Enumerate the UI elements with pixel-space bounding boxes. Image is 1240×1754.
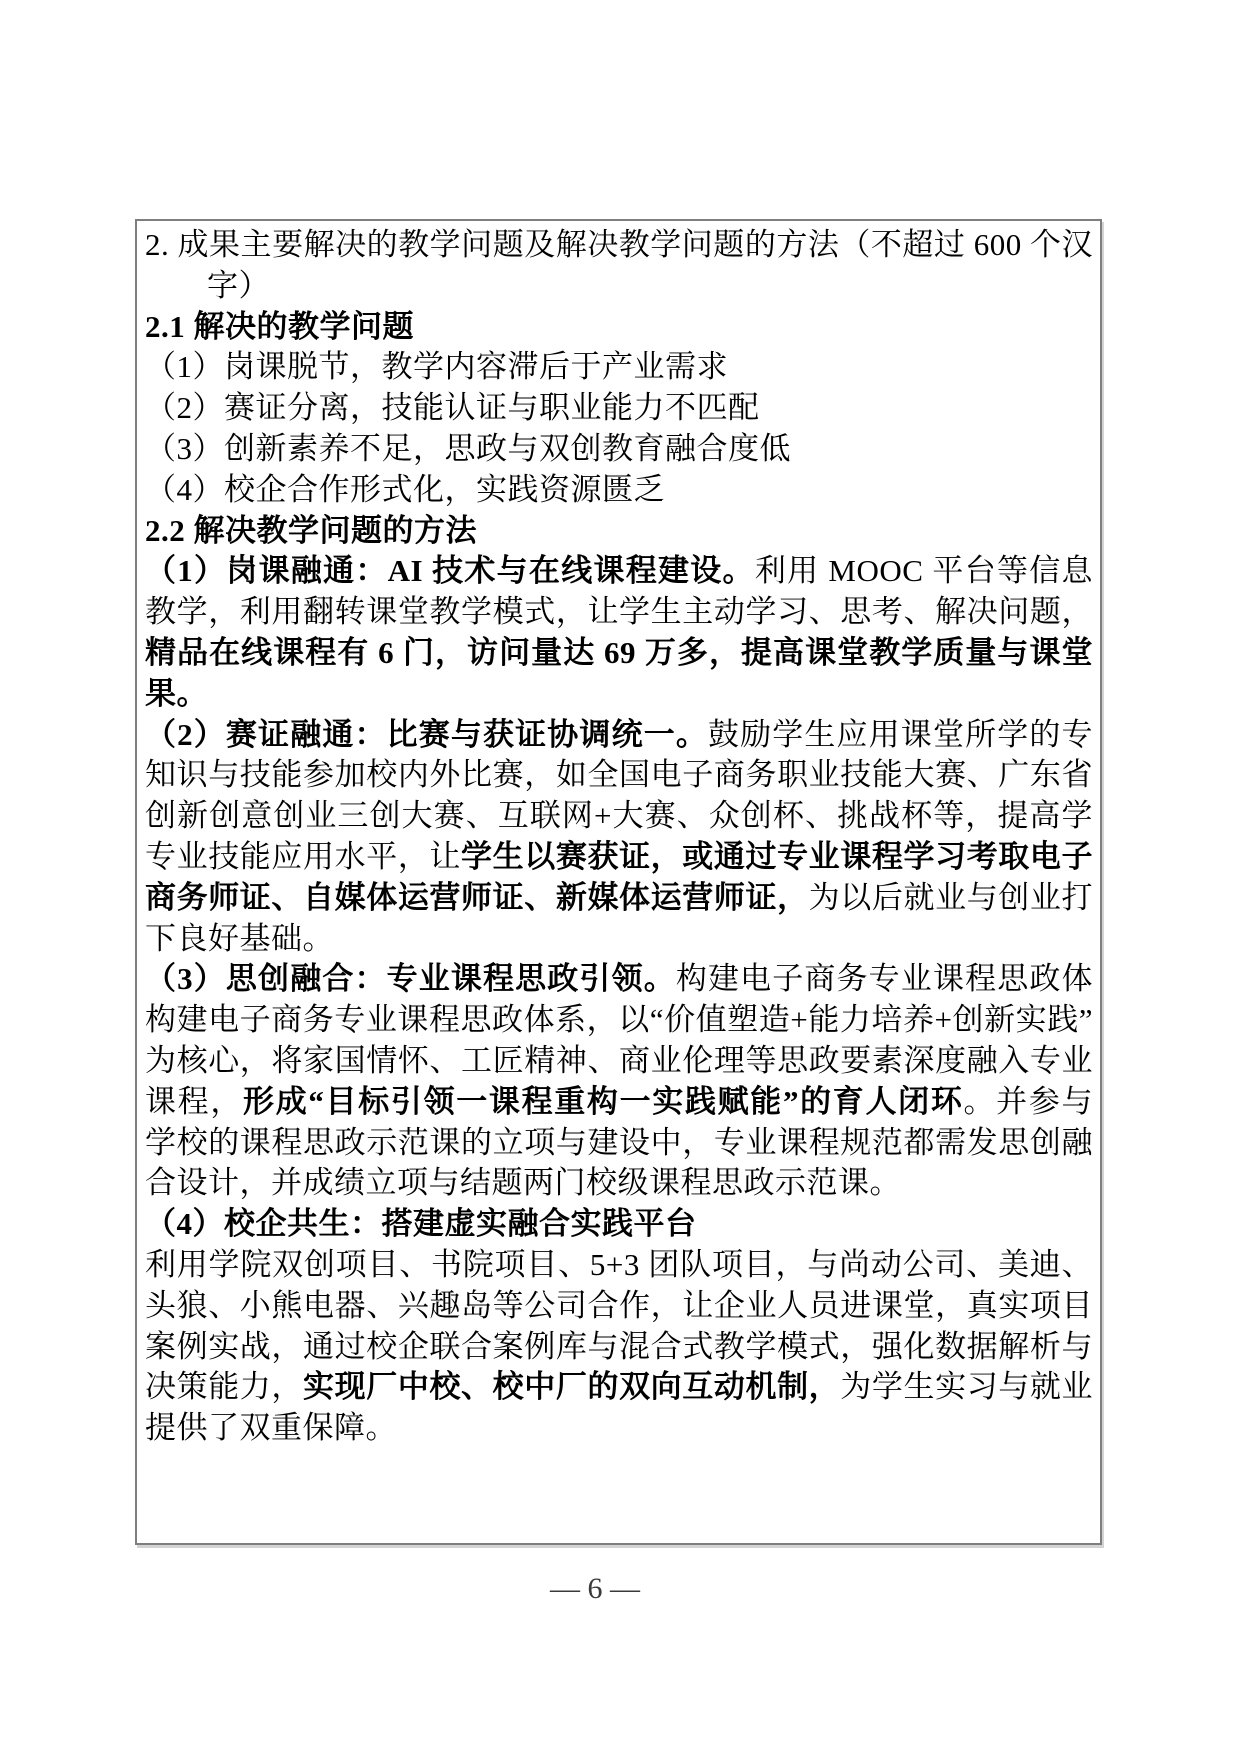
text-run: （1）岗课融通：AI 技术与在线课程建设。 xyxy=(145,553,755,588)
text-line: 为核心，将家国情怀、工匠精神、商业伦理等思政要素深度融入专业 xyxy=(145,1041,1093,1082)
text-line: 合设计，并成绩立项与结题两门校级课程思政示范课。 xyxy=(145,1163,1093,1204)
text-run: 为以后就业与创业打 xyxy=(809,880,1093,915)
text-run: （4）校企共生：搭建虚实融合实践平台 xyxy=(145,1206,697,1241)
text-run: 头狼、小熊电器、兴趣岛等公司合作，让企业人员进课堂，真实项目 xyxy=(145,1288,1093,1323)
page-footer: — 6 — xyxy=(0,1572,1190,1606)
text-run: 知识与技能参加校内外比赛，如全国电子商务职业技能大赛、广东省 xyxy=(145,757,1093,792)
text-line: （2）赛证融通：比赛与获证协调统一。鼓励学生应用课堂所学的专业 xyxy=(145,715,1093,756)
text-run: 学生以赛获证，或通过专业课程学习考取电子 xyxy=(461,839,1093,874)
text-line: 创新创意创业三创大赛、互联网+大赛、众创杯、挑战杯等，提高学生 xyxy=(145,796,1093,837)
text-run: 果。 xyxy=(145,676,208,711)
text-line: （2）赛证分离，技能认证与职业能力不匹配 xyxy=(145,388,1093,429)
text-run: 为核心，将家国情怀、工匠精神、商业伦理等思政要素深度融入专业 xyxy=(145,1043,1093,1078)
text-line: 果。 xyxy=(145,674,1093,715)
text-line: 知识与技能参加校内外比赛，如全国电子商务职业技能大赛、广东省 xyxy=(145,755,1093,796)
text-line: 构建电子商务专业课程思政体系，以“价值塑造+能力培养+创新实践” xyxy=(145,1000,1093,1041)
text-run: 构建电子商务专业课程思政体系，以“价值塑造+能力培养+创新实践” xyxy=(145,1002,1093,1037)
text-run: 2. 成果主要解决的教学问题及解决教学问题的方法（不超过 600 个汉 xyxy=(145,227,1093,262)
text-line: 专业技能应用水平，让学生以赛获证，或通过专业课程学习考取电子 xyxy=(145,837,1093,878)
section-heading: （4）校企共生：搭建虚实融合实践平台 xyxy=(145,1204,1093,1245)
section-heading: 2.2 解决教学问题的方法 xyxy=(145,511,1093,552)
text-run: 下良好基础。 xyxy=(145,921,334,956)
text-run: 合设计，并成绩立项与结题两门校级课程思政示范课。 xyxy=(145,1165,901,1200)
text-line: 课程，形成“目标引领一课程重构一实践赋能”的育人闭环。并参与 xyxy=(145,1082,1093,1123)
text-line: 提供了双重保障。 xyxy=(145,1408,1093,1449)
text-line: 商务师证、自媒体运营师证、新媒体运营师证，为以后就业与创业打 xyxy=(145,878,1093,919)
text-run: 实现厂中校、校中厂的双向互动机制， xyxy=(303,1369,840,1404)
text-run: 商务师证、自媒体运营师证、新媒体运营师证， xyxy=(145,880,809,915)
text-run: 2.2 解决教学问题的方法 xyxy=(145,513,477,548)
text-run: 决策能力， xyxy=(145,1369,303,1404)
text-run: 2.1 解决的教学问题 xyxy=(145,309,414,344)
text-run: 利用学院双创项目、书院项目、5+3 团队项目，与尚动公司、美迪、 xyxy=(145,1247,1093,1282)
text-line: （3）思创融合：专业课程思政引领。构建电子商务专业课程思政体系， xyxy=(145,959,1093,1000)
text-run: 字） xyxy=(207,268,270,303)
text-line: （1）岗课融通：AI 技术与在线课程建设。利用 MOOC 平台等信息化 xyxy=(145,551,1093,592)
text-line: 头狼、小熊电器、兴趣岛等公司合作，让企业人员进课堂，真实项目 xyxy=(145,1286,1093,1327)
text-line: （3）创新素养不足，思政与双创教育融合度低 xyxy=(145,429,1093,470)
text-run: 精品在线课程有 6 门，访问量达 69 万多，提高课堂教学质量与课堂效 xyxy=(145,635,1093,674)
text-line: 利用学院双创项目、书院项目、5+3 团队项目，与尚动公司、美迪、 xyxy=(145,1245,1093,1286)
text-run: 学校的课程思政示范课的立项与建设中，专业课程规范都需发思创融 xyxy=(145,1125,1093,1160)
text-line: （1）岗课脱节，教学内容滞后于产业需求 xyxy=(145,347,1093,388)
text-run: （2）赛证分离，技能认证与职业能力不匹配 xyxy=(145,390,760,425)
answer-box: 2. 成果主要解决的教学问题及解决教学问题的方法（不超过 600 个汉 字） 2… xyxy=(135,219,1102,1545)
text-run: 专业技能应用水平，让 xyxy=(145,839,461,874)
text-line: 2. 成果主要解决的教学问题及解决教学问题的方法（不超过 600 个汉 xyxy=(145,225,1093,266)
text-run: 提供了双重保障。 xyxy=(145,1410,397,1445)
text-run: （3）思创融合：专业课程思政引领。 xyxy=(145,961,676,996)
text-run: （1）岗课脱节，教学内容滞后于产业需求 xyxy=(145,349,728,384)
text-line: 字） xyxy=(145,266,1093,307)
text-run: （4）校企合作形式化，实践资源匮乏 xyxy=(145,472,665,507)
text-line: 精品在线课程有 6 门，访问量达 69 万多，提高课堂教学质量与课堂效 xyxy=(145,633,1093,674)
text-line: 学校的课程思政示范课的立项与建设中，专业课程规范都需发思创融 xyxy=(145,1123,1093,1164)
text-run: （3）创新素养不足，思政与双创教育融合度低 xyxy=(145,431,791,466)
text-run: 教学，利用翻转课堂教学模式，让学生主动学习、思考、解决问题， xyxy=(145,594,1093,629)
text-run: 案例实战，通过校企联合案例库与混合式教学模式，强化数据解析与 xyxy=(145,1329,1093,1364)
text-line: 下良好基础。 xyxy=(145,919,1093,960)
text-line: 案例实战，通过校企联合案例库与混合式教学模式，强化数据解析与 xyxy=(145,1327,1093,1368)
text-run: 课程， xyxy=(145,1084,243,1119)
text-run: 。并参与 xyxy=(964,1084,1094,1119)
text-line: （4）校企合作形式化，实践资源匮乏 xyxy=(145,470,1093,511)
section-heading: 2.1 解决的教学问题 xyxy=(145,307,1093,348)
text-line: 决策能力，实现厂中校、校中厂的双向互动机制，为学生实习与就业 xyxy=(145,1367,1093,1408)
text-run: （2）赛证融通：比赛与获证协调统一。 xyxy=(145,717,708,752)
text-run: 形成“目标引领一课程重构一实践赋能”的育人闭环 xyxy=(243,1084,963,1119)
text-run: 创新创意创业三创大赛、互联网+大赛、众创杯、挑战杯等，提高学生 xyxy=(145,798,1093,837)
text-run: 为学生实习与就业 xyxy=(840,1369,1093,1404)
text-line: 教学，利用翻转课堂教学模式，让学生主动学习、思考、解决问题， xyxy=(145,592,1093,633)
page-number: — 6 — xyxy=(550,1572,640,1605)
